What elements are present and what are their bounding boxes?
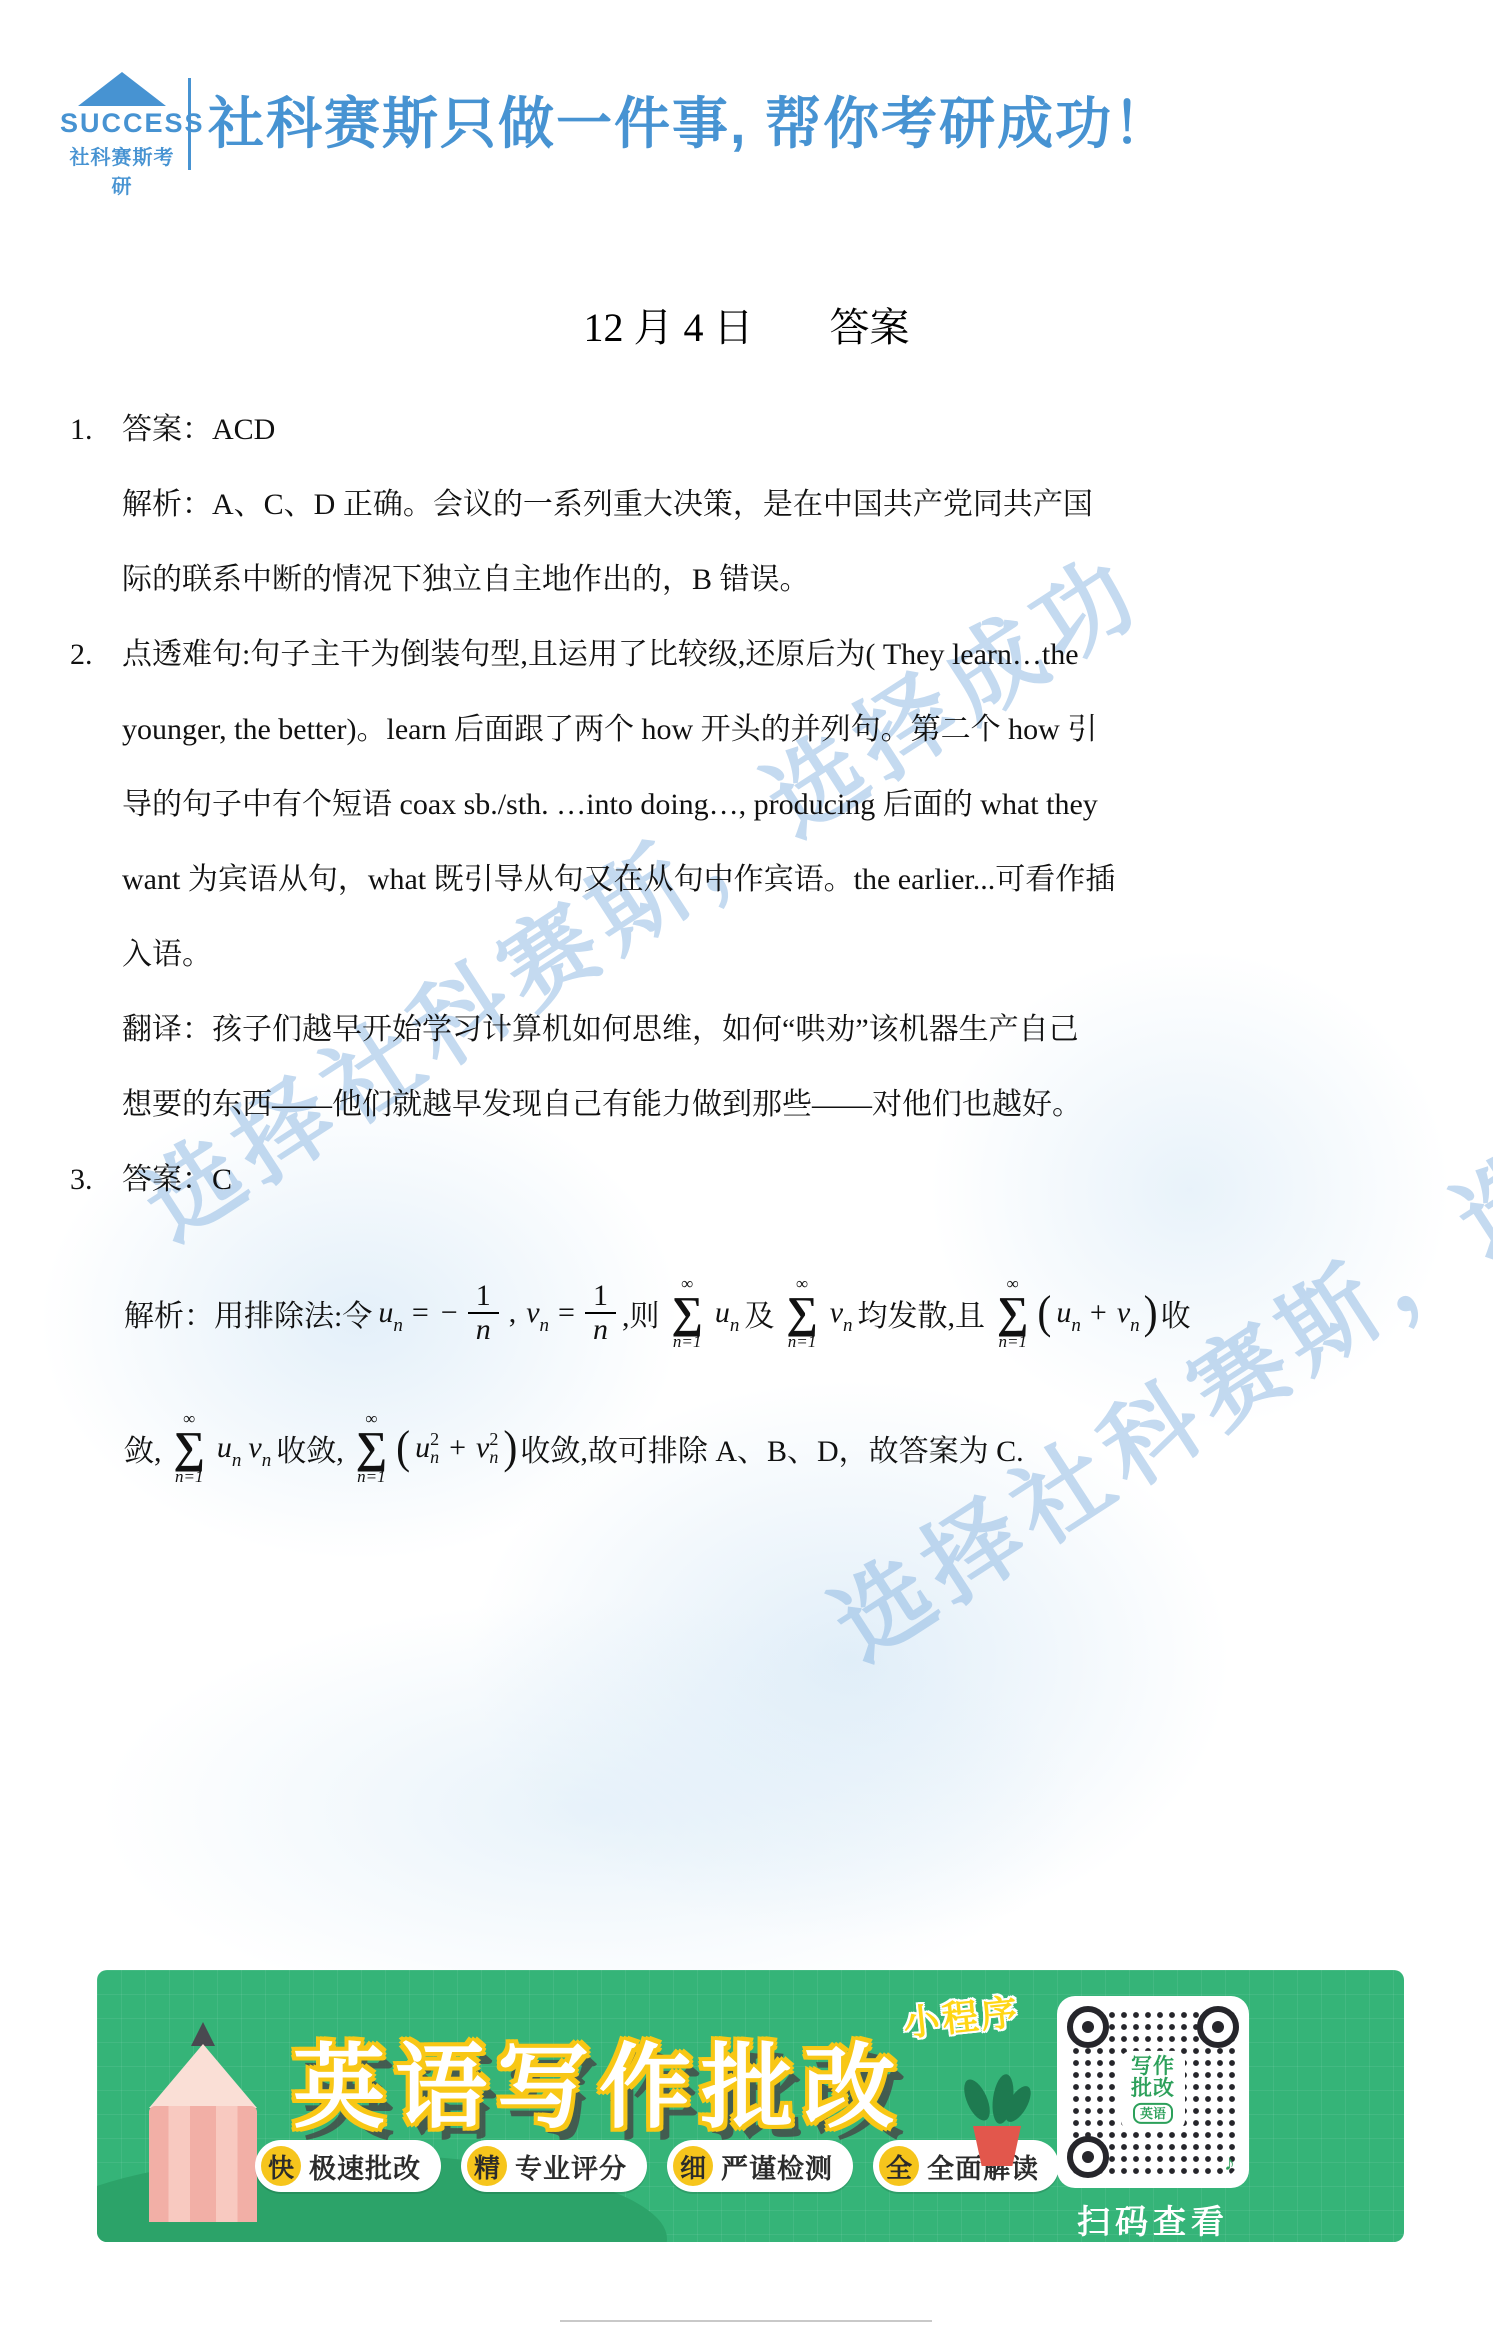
math-sub: n bbox=[730, 1315, 740, 1337]
math-paren: ( bbox=[396, 1421, 410, 1474]
feature-badges: 快极速批改 精专业评分 细严谨检测 全全面解读 bbox=[255, 2140, 1059, 2192]
text-line: 解析：A、C、D 正确。会议的一系列重大决策，是在中国共产党同共产国 bbox=[70, 467, 1438, 542]
qr-finder-icon bbox=[1197, 2006, 1239, 2048]
logo-brand-text: SUCCESS bbox=[60, 108, 184, 139]
math-supsub: 2n bbox=[430, 1430, 439, 1466]
badge-precision: 精专业评分 bbox=[461, 2140, 647, 2192]
qr-finder-icon bbox=[1067, 2136, 1109, 2178]
pencil-icon bbox=[149, 2022, 257, 2222]
math-sub: n bbox=[843, 1315, 853, 1337]
text-line: 3.答案：C bbox=[70, 1142, 1438, 1217]
summation: ∞∑n=1 bbox=[174, 1410, 205, 1486]
banner-title: 英语写作批改 bbox=[293, 2014, 905, 2146]
roof-icon bbox=[78, 72, 166, 106]
text-line: want 为宾语从句，what 既引导从句又在从句中作宾语。the earlie… bbox=[70, 842, 1438, 917]
math-sub: n bbox=[1130, 1315, 1140, 1337]
math-line-1: 解析：用排除法:令 un = − 1n , vn = 1n ,则 ∞∑n=1 u… bbox=[70, 1245, 1438, 1380]
item-number: 3. bbox=[70, 1142, 122, 1217]
math-sub: n bbox=[393, 1315, 403, 1337]
math-sub: n bbox=[540, 1315, 550, 1337]
math-text: ,则 bbox=[622, 1291, 660, 1335]
summation: ∞∑n=1 bbox=[356, 1410, 387, 1486]
header-divider bbox=[188, 78, 191, 170]
math-op: = bbox=[412, 1296, 429, 1330]
summation: ∞∑n=1 bbox=[671, 1275, 702, 1351]
math-text: 及 bbox=[744, 1291, 774, 1335]
math-sub: n bbox=[262, 1450, 272, 1472]
logo-sub-text: 社科赛斯考研 bbox=[60, 141, 184, 199]
math-text: 收敛,故可排除 A、B、D，故答案为 C. bbox=[520, 1426, 1023, 1470]
mini-program-label: 小程序 bbox=[901, 1984, 1023, 2047]
math-supsub: 2n bbox=[489, 1430, 498, 1466]
math-op: + bbox=[1090, 1296, 1107, 1330]
math-var: u bbox=[415, 1431, 430, 1465]
plant-icon bbox=[959, 2078, 1035, 2170]
fraction: 1n bbox=[468, 1280, 499, 1345]
math-var: v bbox=[248, 1431, 261, 1465]
header: SUCCESS 社科赛斯考研 社科赛斯只做一件事, 帮你考研成功！ bbox=[60, 72, 1453, 172]
qr-english-tag: 英语 bbox=[1133, 2103, 1173, 2124]
scan-hint: 扫码查看 bbox=[1057, 2196, 1249, 2242]
qr-center-label: 写作 批改 英语 bbox=[1121, 2051, 1185, 2130]
summation: ∞∑n=1 bbox=[997, 1275, 1028, 1351]
promo-banner: 英语写作批改 小程序 快极速批改 精专业评分 细严谨检测 全全面解读 写作 批改… bbox=[97, 1970, 1404, 2242]
answers-content: 1.答案：ACD 解析：A、C、D 正确。会议的一系列重大决策，是在中国共产党同… bbox=[70, 392, 1438, 1515]
text-line: 想要的东西——他们就越早发现自己有能力做到那些——对他们也越好。 bbox=[70, 1067, 1438, 1142]
math-var: u bbox=[217, 1431, 232, 1465]
badge-speed: 快极速批改 bbox=[255, 2140, 441, 2192]
text-line: 1.答案：ACD bbox=[70, 392, 1438, 467]
music-note-icon: ♪ bbox=[1224, 2150, 1235, 2176]
answer-text: 答案：C bbox=[122, 1163, 232, 1196]
footer-rule bbox=[560, 2320, 932, 2322]
math-var: v bbox=[1117, 1296, 1130, 1330]
text-line: 翻译：孩子们越早开始学习计算机如何思维，如何“哄劝”该机器生产自己 bbox=[70, 992, 1438, 1067]
qr-code: 写作 批改 英语 ♪ bbox=[1057, 1996, 1249, 2188]
math-text: 敛, bbox=[124, 1426, 162, 1470]
math-sub: n bbox=[232, 1450, 242, 1472]
math-op: + bbox=[449, 1431, 466, 1465]
math-var: v bbox=[830, 1296, 843, 1330]
qr-finder-icon bbox=[1067, 2006, 1109, 2048]
math-var: v bbox=[476, 1431, 489, 1465]
page-title: 12 月 4 日答案 bbox=[0, 296, 1493, 353]
math-op: = bbox=[558, 1296, 575, 1330]
math-op: − bbox=[441, 1296, 458, 1330]
answer-text: 点透难句:句子主干为倒装句型,且运用了比较级,还原后为( They learn…… bbox=[122, 638, 1079, 671]
title-date: 12 月 4 日 bbox=[584, 305, 754, 350]
math-text: 收 bbox=[1161, 1291, 1191, 1335]
math-op: , bbox=[509, 1296, 517, 1330]
success-logo: SUCCESS 社科赛斯考研 bbox=[60, 72, 184, 199]
fraction: 1n bbox=[585, 1280, 616, 1345]
math-var: v bbox=[526, 1296, 539, 1330]
item-number: 1. bbox=[70, 392, 122, 467]
text-line: 际的联系中断的情况下独立自主地作出的，B 错误。 bbox=[70, 542, 1438, 617]
document-page: 选择社科赛斯，选择成功 选择社科赛斯，选择成功 SUCCESS 社科赛斯考研 社… bbox=[0, 0, 1493, 2345]
text-line: 导的句子中有个短语 coax sb./sth. …into doing…, pr… bbox=[70, 767, 1438, 842]
math-paren: ) bbox=[503, 1421, 517, 1474]
math-paren: ( bbox=[1037, 1286, 1051, 1339]
math-line-2: 敛, ∞∑n=1 un vn 收敛, ∞∑n=1 ( u2n + v2n ) 收… bbox=[70, 1380, 1438, 1515]
math-var: u bbox=[1056, 1296, 1071, 1330]
watercolor-cloud bbox=[100, 1600, 1080, 2020]
title-label: 答案 bbox=[830, 305, 910, 350]
summation: ∞∑n=1 bbox=[786, 1275, 817, 1351]
math-paren: ) bbox=[1144, 1286, 1158, 1339]
math-text: 收敛, bbox=[276, 1426, 344, 1470]
badge-detail: 细严谨检测 bbox=[667, 2140, 853, 2192]
text-line: younger, the better)。learn 后面跟了两个 how 开头… bbox=[70, 692, 1438, 767]
header-slogan: 社科赛斯只做一件事, 帮你考研成功！ bbox=[208, 80, 1171, 160]
math-var: u bbox=[378, 1296, 393, 1330]
math-text: 均发散,且 bbox=[858, 1291, 986, 1335]
math-text: 解析：用排除法:令 bbox=[124, 1291, 372, 1335]
text-line: 入语。 bbox=[70, 917, 1438, 992]
item-number: 2. bbox=[70, 617, 122, 692]
text-line: 2.点透难句:句子主干为倒装句型,且运用了比较级,还原后为( They lear… bbox=[70, 617, 1438, 692]
math-sub: n bbox=[1071, 1315, 1081, 1337]
math-var: u bbox=[715, 1296, 730, 1330]
answer-text: 答案：ACD bbox=[122, 413, 275, 446]
